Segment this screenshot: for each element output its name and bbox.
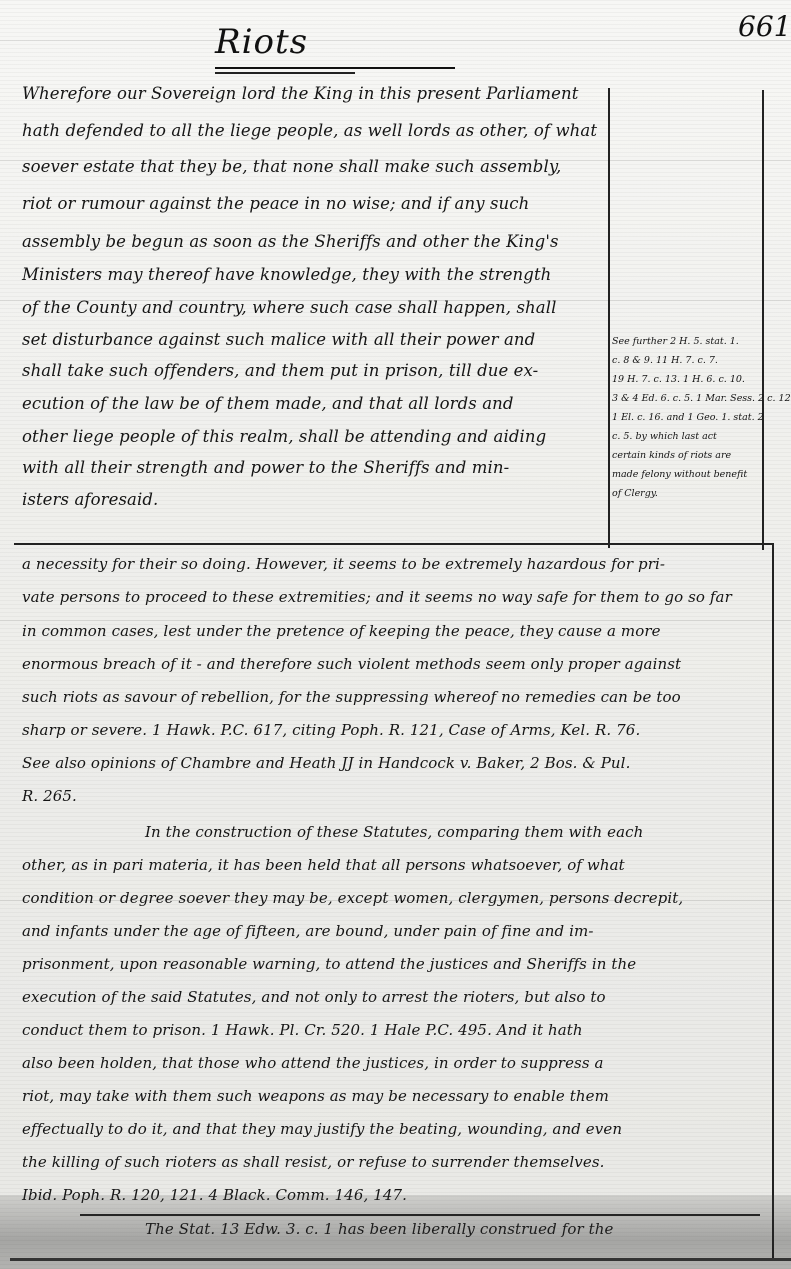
text-line: set disturbance against such malice with… (22, 330, 535, 350)
text-line: prisonment, upon reasonable warning, to … (22, 954, 636, 974)
text-line: condition or degree soever they may be, … (22, 888, 683, 908)
margin-note-line: certain kinds of riots are (612, 450, 731, 462)
title-underline (215, 72, 355, 74)
text-line: enormous breach of it - and therefore su… (22, 654, 681, 674)
text-line: of the County and country, where such ca… (22, 298, 556, 318)
manuscript-page: Riots 661 Wherefore our Sovereign lord t… (0, 0, 791, 1269)
page-bottom-edge (10, 1258, 791, 1261)
bleed-line (0, 40, 791, 41)
text-line: isters aforesaid. (22, 490, 158, 510)
text-line: riot or rumour against the peace in no w… (22, 194, 529, 214)
title-underline (215, 67, 455, 69)
margin-note-line: c. 8 & 9. 11 H. 7. c. 7. (612, 355, 718, 367)
margin-note-line: 1 El. c. 16. and 1 Geo. 1. stat. 2 (612, 412, 764, 424)
page-edge-rule (772, 545, 774, 1260)
margin-note-line: c. 5. by which last act (612, 431, 717, 443)
margin-rule-vertical (608, 88, 610, 548)
text-line: a necessity for their so doing. However,… (22, 554, 665, 574)
text-line: sharp or severe. 1 Hawk. P.C. 617, citin… (22, 720, 640, 740)
text-line: ecution of the law be of them made, and … (22, 394, 514, 414)
text-line: with all their strength and power to the… (22, 458, 509, 478)
margin-note-line: 19 H. 7. c. 13. 1 H. 6. c. 10. (612, 374, 745, 386)
text-line: riot, may take with them such weapons as… (22, 1086, 609, 1106)
text-line: other liege people of this realm, shall … (22, 427, 546, 447)
text-line: also been holden, that those who attend … (22, 1053, 604, 1073)
text-line: See also opinions of Chambre and Heath J… (22, 753, 630, 773)
margin-note-line: made felony without benefit (612, 469, 747, 481)
text-line: other, as in pari materia, it has been h… (22, 855, 625, 875)
margin-note-line: of Clergy. (612, 488, 658, 500)
text-line: conduct them to prison. 1 Hawk. Pl. Cr. … (22, 1020, 583, 1040)
margin-note-line: 3 & 4 Ed. 6. c. 5. 1 Mar. Sess. 2 c. 12. (612, 393, 791, 405)
text-line: soever estate that they be, that none sh… (22, 157, 561, 177)
text-line: Wherefore our Sovereign lord the King in… (22, 84, 578, 104)
page-number: 661 (738, 10, 791, 43)
text-line: hath defended to all the liege people, a… (22, 121, 597, 141)
text-line: the killing of such rioters as shall res… (22, 1152, 605, 1172)
text-line: execution of the said Statutes, and not … (22, 987, 606, 1007)
text-line: such riots as savour of rebellion, for t… (22, 687, 681, 707)
page-title: Riots (215, 22, 308, 62)
margin-rule-right (762, 90, 764, 550)
text-line: vate persons to proceed to these extremi… (22, 587, 732, 607)
text-line: shall take such offenders, and them put … (22, 361, 538, 381)
text-line: and infants under the age of fifteen, ar… (22, 921, 594, 941)
section-divider (14, 543, 774, 545)
margin-note-line: See further 2 H. 5. stat. 1. (612, 336, 739, 348)
text-line: in common cases, lest under the pretence… (22, 621, 661, 641)
text-line: Ministers may thereof have knowledge, th… (22, 265, 551, 285)
text-line: In the construction of these Statutes, c… (145, 822, 643, 842)
text-line: assembly be begun as soon as the Sheriff… (22, 232, 559, 252)
text-line: R. 265. (22, 786, 77, 806)
text-line: effectually to do it, and that they may … (22, 1119, 622, 1139)
